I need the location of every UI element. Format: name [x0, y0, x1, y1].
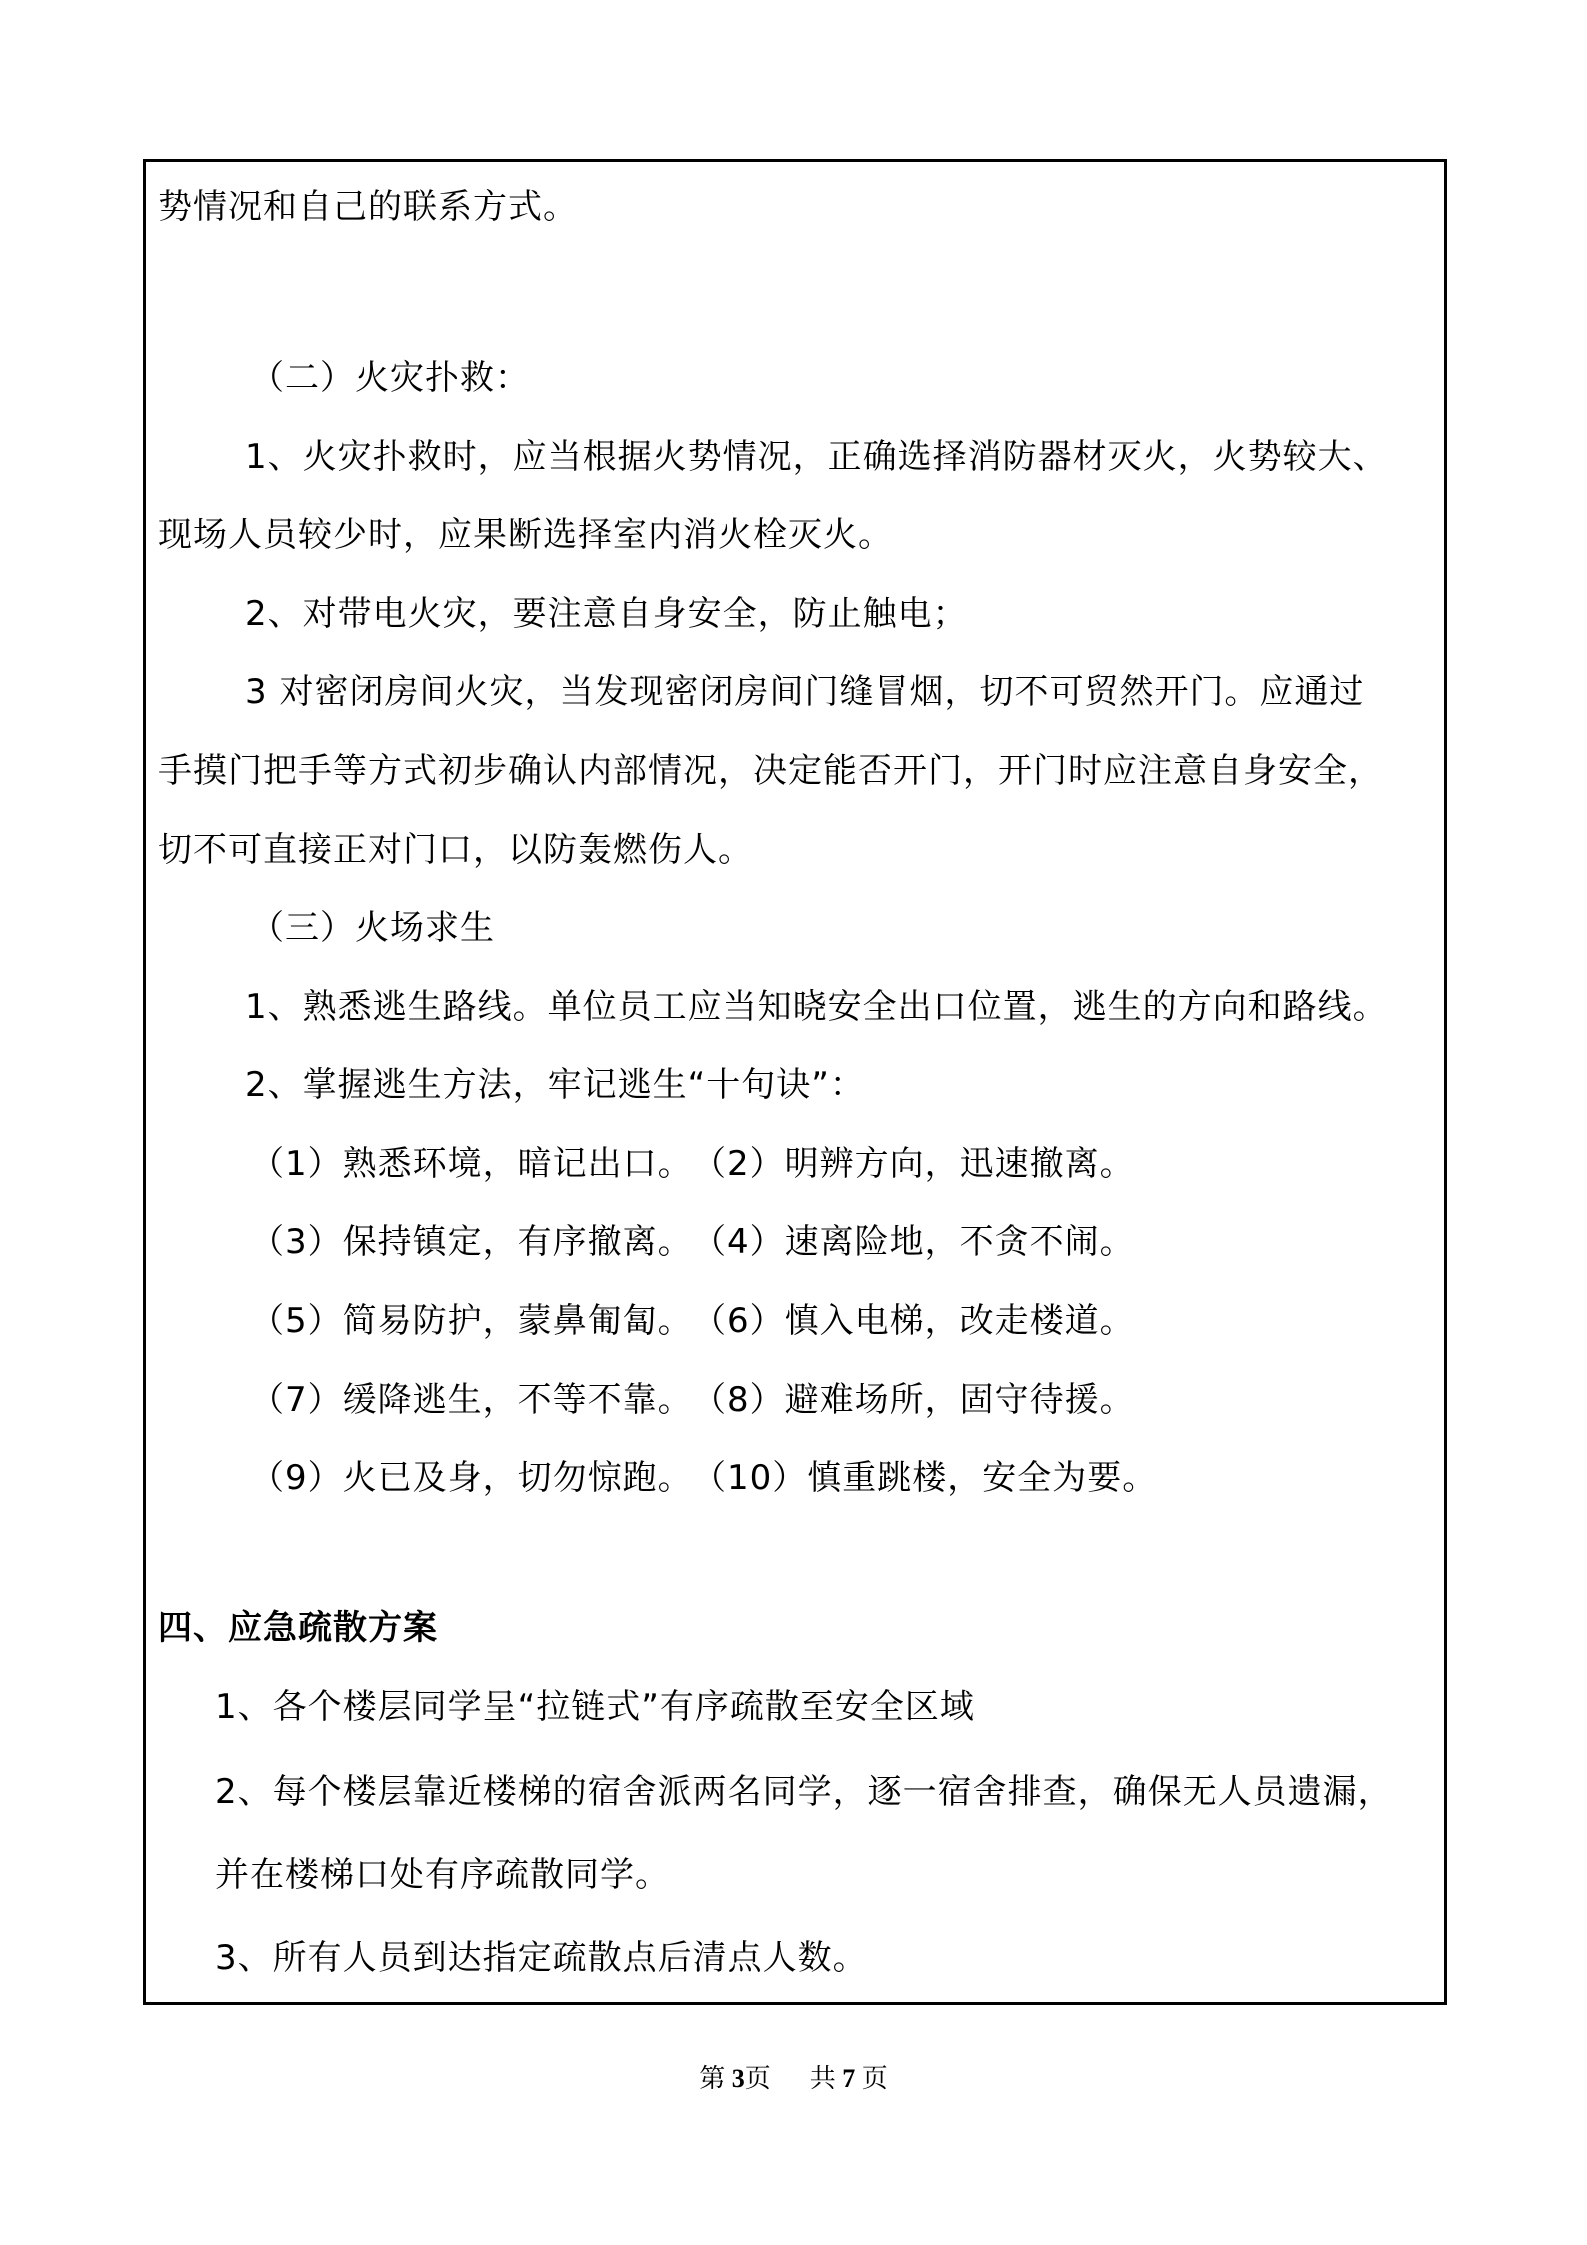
evacuation-item-2-line1: 2、每个楼层靠近楼梯的宿舍派两名同学，逐一宿舍排查，确保无人员遗漏， [215, 1772, 1393, 1812]
phrase-4: （4）速离险地，不贪不闹。 [692, 1222, 1135, 1262]
phrase-3: （3）保持镇定，有序撤离。 [250, 1222, 693, 1262]
fire-escape-item-2: 2、掌握逃生方法，牢记逃生“十句诀”： [245, 1065, 865, 1105]
page-footer: 第 3页 共 7 页 [0, 2058, 1587, 2095]
current-page-number: 3 [732, 2064, 745, 2093]
fire-fighting-item-3-line2: 手摸门把手等方式初步确认内部情况，决定能否开门，开门时应注意自身安全， [158, 751, 1383, 791]
section-title-evacuation: 四、应急疏散方案 [158, 1608, 438, 1648]
section-title-fire-escape: （三）火场求生 [250, 908, 495, 948]
phrase-7: （7）缓降逃生，不等不靠。 [250, 1380, 693, 1420]
phrase-9: （9）火已及身，切勿惊跑。 [250, 1458, 693, 1498]
total-pages-number: 7 [842, 2064, 855, 2093]
fire-fighting-item-2: 2、对带电火灾，要注意自身安全，防止触电； [245, 594, 968, 634]
total-prefix: 共 [810, 2064, 836, 2093]
evacuation-item-1: 1、各个楼层同学呈“拉链式”有序疏散至安全区域 [215, 1687, 975, 1727]
evacuation-item-3: 3、所有人员到达指定疏散点后清点人数。 [215, 1938, 868, 1978]
phrase-2: （2）明辨方向，迅速撤离。 [692, 1144, 1135, 1184]
phrase-6: （6）慎入电梯，改走楼道。 [692, 1301, 1135, 1341]
fire-fighting-item-3-line1: 3 对密闭房间火灾，当发现密闭房间门缝冒烟，切不可贸然开门。应通过 [245, 672, 1364, 712]
page-prefix: 第 [699, 2064, 725, 2093]
fire-escape-item-1: 1、熟悉逃生路线。单位员工应当知晓安全出口位置，逃生的方向和路线。 [245, 987, 1388, 1027]
phrase-8: （8）避难场所，固守待援。 [692, 1380, 1135, 1420]
continuation-text: 势情况和自己的联系方式。 [158, 187, 578, 227]
fire-fighting-item-1-line2: 现场人员较少时，应果断选择室内消火栓灭火。 [158, 515, 893, 555]
total-suffix: 页 [862, 2064, 888, 2093]
phrase-1: （1）熟悉环境，暗记出口。 [250, 1144, 693, 1184]
phrase-10: （10）慎重跳楼，安全为要。 [692, 1458, 1157, 1498]
section-title-fire-fighting: （二）火灾扑救： [250, 358, 530, 398]
fire-fighting-item-1-line1: 1、火灾扑救时，应当根据火势情况，正确选择消防器材灭火，火势较大、 [245, 437, 1388, 477]
fire-fighting-item-3-line3: 切不可直接正对门口，以防轰燃伤人。 [158, 830, 753, 870]
phrase-5: （5）简易防护，蒙鼻匍匐。 [250, 1301, 693, 1341]
page-suffix: 页 [745, 2064, 771, 2093]
evacuation-item-2-line2: 并在楼梯口处有序疏散同学。 [215, 1855, 670, 1895]
